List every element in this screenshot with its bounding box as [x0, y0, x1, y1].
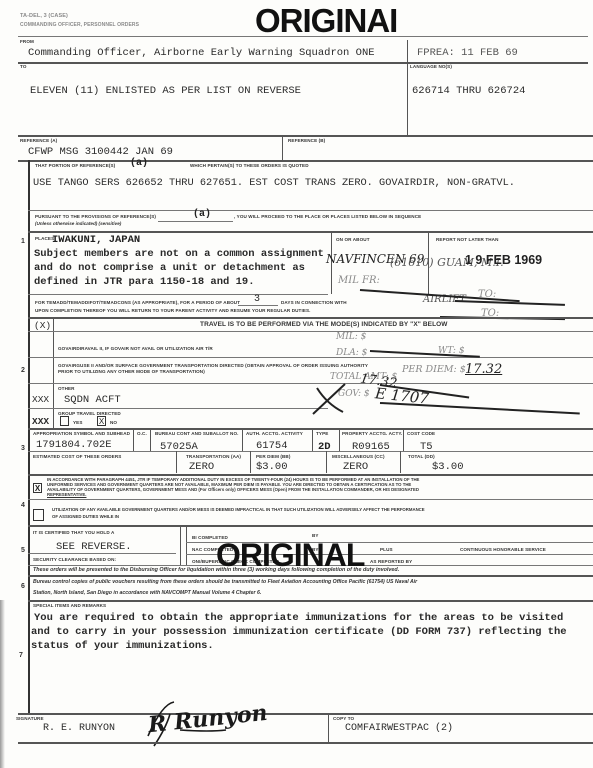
other-value: SQDN ACFT: [64, 394, 121, 406]
signer-name: R. E. RUNYON: [43, 723, 115, 734]
estimated-cost-label: ESTIMATED COST OF THESE ORDERS: [33, 454, 121, 459]
quarters-impractical-checkbox[interactable]: [33, 509, 44, 521]
cost-total: $3.00: [432, 461, 464, 473]
special-items-label: SPECIAL ITEMS AND REMARKS: [33, 603, 106, 608]
quarters-text-line4: REPRESENTATIVE.: [47, 492, 86, 497]
original-stamp-middle: ORIGINAL: [216, 537, 364, 574]
handwritten-x-mark-icon: [305, 378, 355, 418]
ref-a-value: CFWP MSG 3100442 JAN 69: [28, 146, 173, 158]
group-yes-label: YES: [73, 420, 83, 425]
cost-transportation: ZERO: [189, 461, 214, 473]
place-value: IWAKUNI, JAPAN: [52, 234, 140, 246]
col-label-appropriation: APPROPRIATION SYMBOL AND SUBHEAD: [33, 431, 130, 436]
col-label-bureau-cont: BUREAU CONT AND SUBALLOT NO.: [155, 431, 239, 436]
place-note-line2: and do not comprise a unit or detachment…: [34, 261, 305, 275]
cost-label-per-diem: PER DIEM (bb): [256, 454, 290, 459]
col-label-oc: O.C.: [137, 431, 147, 436]
group-no-label: NO: [110, 420, 117, 425]
travel-option-2-line1: GOVAIRGUSE II AND/OR SURFACE GOVERNMENT …: [58, 363, 368, 368]
section-6-number: 6: [21, 583, 25, 590]
appropriation-value: 1791804.702E: [36, 439, 112, 451]
impractical-text-line2: OF ASSIGNED DUTIES WHILE IN: [52, 514, 119, 519]
remarks-line1: You are required to obtain the appropria…: [34, 611, 563, 625]
from-label: FROM: [20, 39, 34, 44]
certified-label: IT IS CERTIFIED THAT YOU HOLD A: [33, 530, 114, 535]
quoted-label: THAT PORTION OF REFERENCE(S): [35, 163, 115, 168]
travel-option-2-line2: PRIOR TO UTILIZING ANY OTHER MODE OF TRA…: [58, 369, 205, 374]
section-3-number: 3: [21, 445, 25, 452]
ref-a-label: REFERENCE (a): [20, 138, 57, 143]
cost-label-transportation: TRANSPORTATION (aa): [186, 454, 241, 459]
pursuant-note: (Unless otherwise indicated) (sensitive): [35, 221, 121, 226]
signature-label: SIGNATURE: [16, 716, 44, 721]
cost-label-misc: MISCELLANEOUS (cc): [332, 454, 385, 459]
group-travel-no-checkbox[interactable]: X: [97, 416, 106, 426]
vouchers-line1: Bureau control copies of public vouchers…: [33, 579, 417, 585]
ref-b-label: REFERENCE (b): [288, 138, 325, 143]
tad-line1: FOR TEMADD/TEMADDIFOT/TEMADCONS (as appr…: [35, 300, 240, 305]
pursuant-label-post: , YOU WILL PROCEED TO THE PLACE OR PLACE…: [234, 214, 421, 219]
from-value: Commanding Officer, Airborne Early Warni…: [28, 47, 375, 59]
travel-mode-header: TRAVEL IS TO BE PERFORMED VIA THE MODE(S…: [200, 321, 448, 328]
on-or-about-label: ON OR ABOUT: [336, 237, 370, 242]
continuous-service-label: CONTINUOUS HONORABLE SERVICE: [460, 547, 546, 552]
form-id-line1: TA-DEL, 3 (Case): [20, 13, 68, 19]
impractical-text-line1: UTILIZATION OF ANY AVAILABLE GOVERNMENT …: [52, 507, 425, 512]
quoted-text: USE TANGO SERS 626652 THRU 627651. EST C…: [33, 177, 515, 189]
section-5-number: 5: [21, 547, 25, 554]
copy-to-value: COMFAIRWESTPAC (2): [345, 723, 453, 734]
remarks-line2: and to carry in your possession immuniza…: [31, 625, 567, 639]
pursuant-ref: (a): [193, 209, 211, 220]
security-clearance-label: SECURITY CLEARANCE BASED ON:: [33, 557, 116, 562]
section-4-number: 4: [21, 502, 25, 509]
place-note-line3: defined in JTR para 1150-18 and 19.: [34, 275, 255, 289]
travel-option-1: GOVAIRDIRAVAIL II, IF GOVAIR NOT AVAIL O…: [58, 346, 213, 351]
section-2-number: 2: [21, 367, 25, 374]
remarks-line3: status of your immunizations.: [31, 639, 214, 653]
serial-value: 626714 THRU 626724: [412, 85, 525, 97]
original-stamp-top: ORIGINAI: [255, 2, 397, 40]
section-1-number: 1: [21, 238, 25, 245]
plus-label: PLUS: [380, 547, 393, 552]
quarters-certification-checkbox[interactable]: X: [33, 483, 42, 493]
quoted-ref: (a): [130, 158, 148, 169]
report-label: REPORT NOT LATER THAN: [436, 237, 499, 242]
order-date: FPREA: 11 FEB 69: [417, 47, 518, 59]
certified-value: SEE REVERSE.: [56, 541, 132, 553]
travel-mode-mark: (X): [34, 320, 51, 331]
report-date-stamp: 1 9 FEB 1969: [465, 253, 542, 267]
place-note-line1: Subject members are not on a common assi…: [34, 247, 324, 261]
other-label: OTHER: [58, 386, 75, 391]
copy-to-label: COPY TO: [333, 716, 354, 721]
group-travel-yes-checkbox[interactable]: [60, 416, 69, 426]
tad-line2: UPON COMPLETION THEREOF YOU WILL RETURN …: [35, 308, 311, 313]
col-label-cost-code: COST CODE: [407, 431, 435, 436]
section-7-number: 7: [19, 652, 23, 659]
mileage-label: MIL: $: [336, 332, 366, 342]
to-value: ELEVEN (11) ENLISTED AS PER LIST ON REVE…: [30, 85, 301, 97]
serial-label: LANGUAGE NO(S): [410, 64, 452, 69]
to-label: TO: [20, 64, 27, 69]
col-label-property-acctg: PROPERTY ACCTG. ACTY.: [342, 431, 402, 436]
cost-per-diem: $3.00: [256, 461, 288, 473]
group-travel-mark: XXX: [32, 416, 49, 427]
mil-fr: MIL FR:: [338, 275, 380, 286]
per-diem-label: PER DIEM: $: [402, 364, 466, 375]
cost-misc: ZERO: [343, 461, 368, 473]
quoted-label-post: WHICH PERTAIN(S) TO THESE ORDERS IS QUOT…: [190, 163, 309, 168]
pursuant-label: PURSUANT TO THE PROVISIONS OF REFERENCE(…: [35, 214, 156, 219]
col-label-auth-acctg: AUTH. ACCTG. ACTIVITY: [246, 431, 303, 436]
col-label-type: TYPE: [316, 431, 328, 436]
cost-label-total: TOTAL (dd): [408, 454, 435, 459]
quarters-text-line3: AVAILABILITY OF GOVERNMENT QUARTERS, GOV…: [47, 487, 419, 492]
vouchers-line2: Station, North Island, San Diego in acco…: [33, 590, 261, 596]
other-mark: XXX: [32, 394, 49, 405]
dla-label: DLA: $: [336, 348, 367, 358]
tad-line1-post: DAYS IN CONNECTION WITH: [281, 300, 347, 305]
form-id-line2: COMMANDING OFFICER, PERSONNEL ORDERS: [20, 22, 139, 28]
reported-by-label: AS REPORTED BY: [370, 559, 412, 564]
tad-days: 3: [254, 294, 260, 305]
per-diem-handwritten: 17.32: [465, 362, 502, 377]
